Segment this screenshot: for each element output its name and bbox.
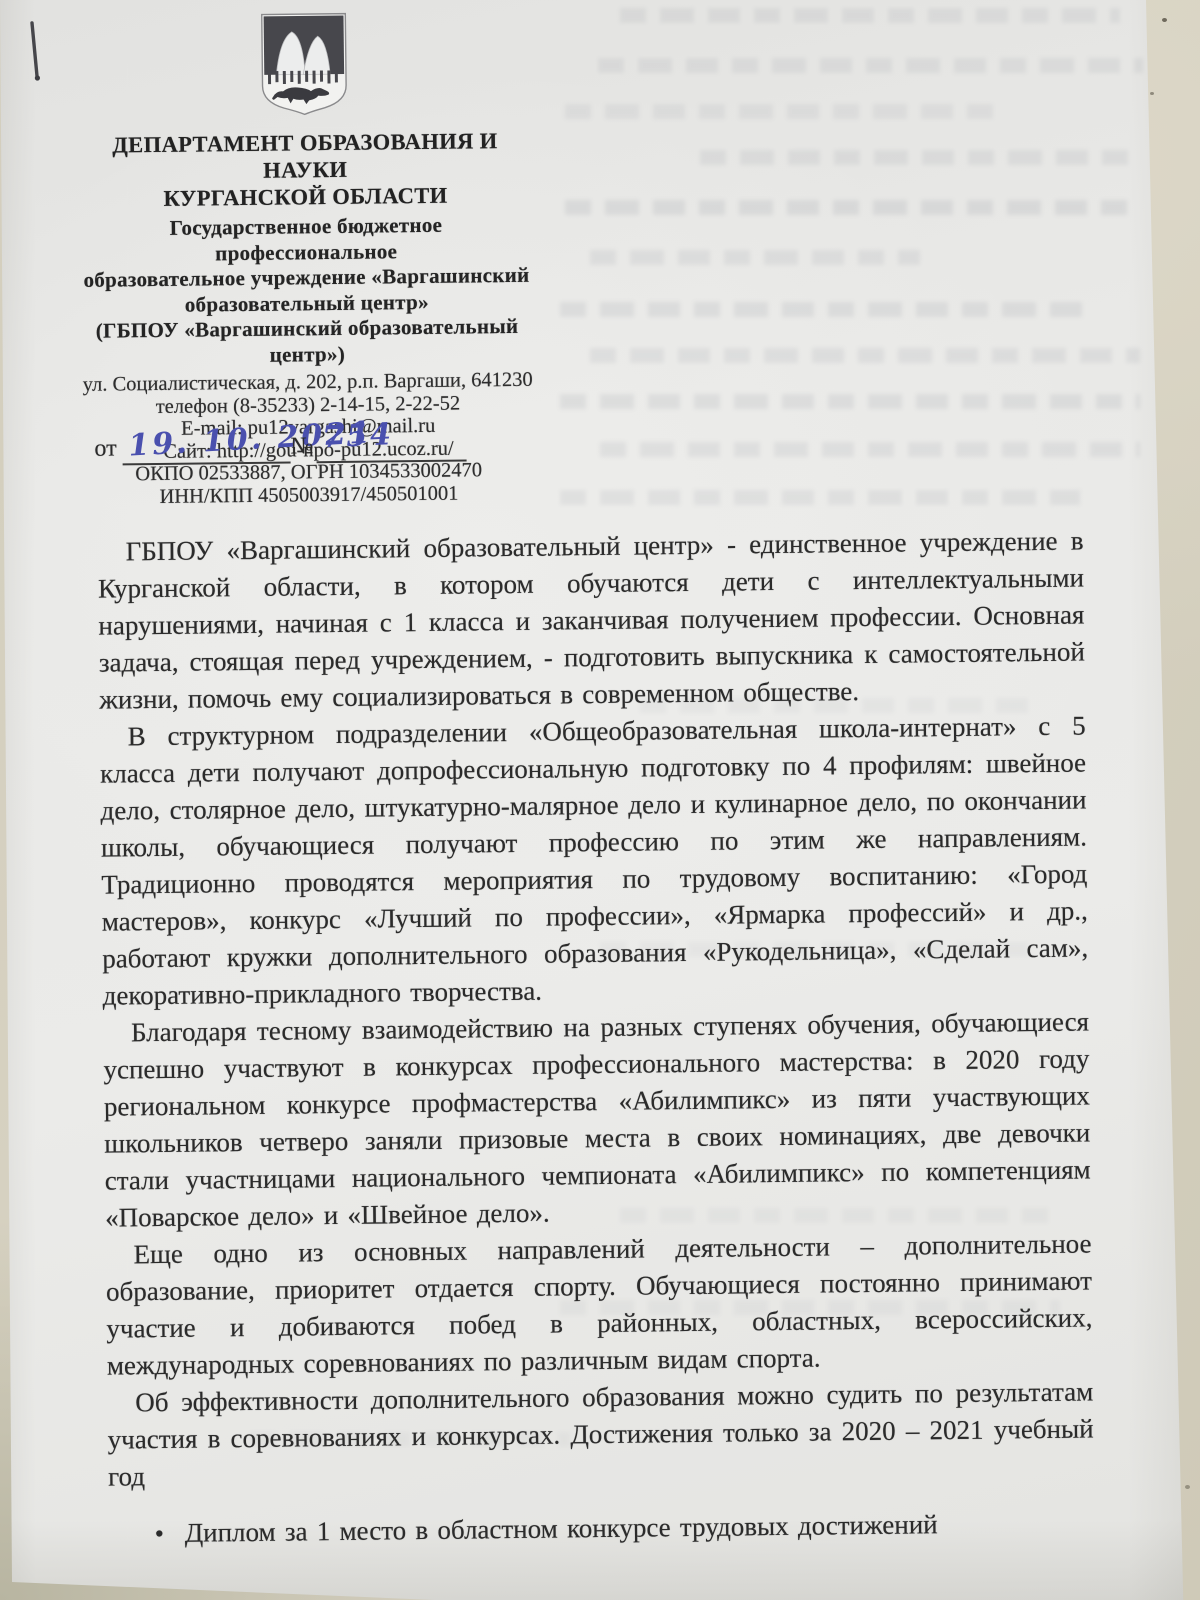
background-speck (1150, 92, 1154, 95)
number-underline (316, 421, 466, 463)
document-page: ДЕПАРТАМЕНТ ОБРАЗОВАНИЯ И НАУКИ КУРГАНСК… (0, 0, 1200, 1600)
photo-background: ДЕПАРТАМЕНТ ОБРАЗОВАНИЯ И НАУКИ КУРГАНСК… (0, 0, 1200, 1600)
date-label: от (94, 435, 116, 462)
paragraph: ГБПОУ «Варгашинский образовательный цент… (97, 523, 1085, 719)
bullet-text: Диплом за 1 место в областном конкурсе т… (185, 1506, 938, 1552)
department-name-line: ДЕПАРТАМЕНТ ОБРАЗОВАНИЯ И НАУКИ (79, 127, 532, 186)
paragraph: Об эффективности дополнительного образов… (107, 1373, 1094, 1495)
paragraph: В структурном подразделении «Общеобразов… (99, 707, 1088, 1014)
background-speck (1185, 1485, 1190, 1489)
paragraph: Еще одно из основных направлений деятель… (105, 1225, 1093, 1384)
paragraph: Благодаря тесному взаимодействию на разн… (103, 1003, 1091, 1236)
organization-abbreviation-line: (ГБПОУ «Варгашинский образовательный (81, 314, 533, 345)
background-speck (1162, 18, 1167, 22)
bullet-marker: • (155, 1515, 185, 1552)
coat-of-arms-emblem (247, 11, 360, 116)
bullet-item: • Диплом за 1 место в областном конкурсе… (109, 1504, 1095, 1552)
date-underline (122, 423, 290, 465)
letter-body: ГБПОУ «Варгашинский образовательный цент… (97, 523, 1094, 1553)
organization-name-line: Государственное бюджетное профессиональн… (80, 212, 533, 268)
organization-name-line: образовательное учреждение «Варгашинский (80, 263, 532, 294)
reference-line: от 19. 10. 2021 № 754 (94, 420, 594, 472)
page-content: ДЕПАРТАМЕНТ ОБРАЗОВАНИЯ И НАУКИ КУРГАНСК… (0, 0, 1200, 1600)
number-label: № (290, 433, 313, 460)
